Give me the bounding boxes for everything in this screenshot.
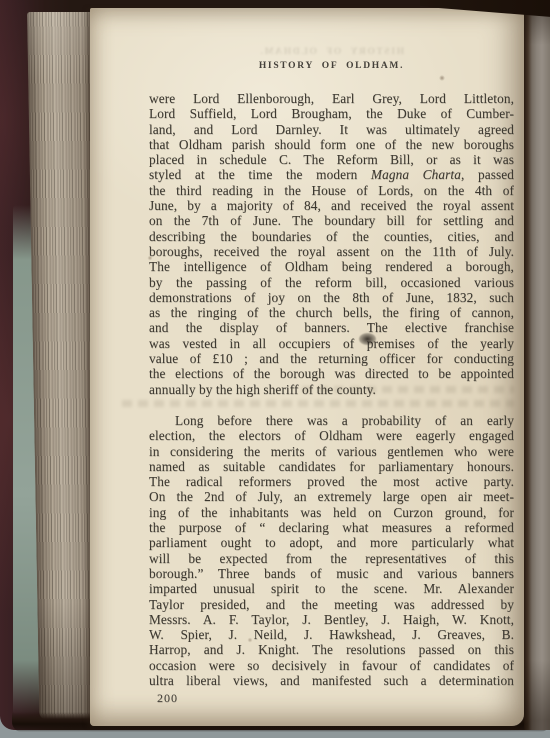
text-line: the purpose of “ declaring what measures… — [149, 520, 514, 535]
text-line: W. Spier, J. Neild, J. Hawkshead, J. Gre… — [149, 627, 514, 642]
text-line: in considering the merits of various gen… — [149, 444, 514, 459]
page-number: 200 — [157, 691, 178, 706]
text-line: Messrs. A. F. Taylor, J. Bentley, J. Hai… — [149, 612, 514, 627]
text-line: ultra liberal views, and manifested such… — [149, 673, 514, 688]
text-line: that Oldham parish should form one of th… — [149, 137, 514, 152]
text-line: The intelligence of Oldham being rendere… — [149, 259, 514, 274]
text-line: Taylor presided, and the meeting was add… — [149, 597, 514, 612]
running-header: HISTORY OF OLDHAM. — [149, 61, 514, 71]
text-line: occasion were so decisively in favour of… — [149, 658, 514, 673]
text-line: borough.” Three bands of music and vario… — [149, 566, 514, 581]
text-line: the third reading in the House of Lords,… — [149, 183, 514, 198]
text-line: as the ringing of the church bells, the … — [149, 305, 514, 320]
text-line: styled at the time the modern Magna Char… — [149, 167, 514, 182]
text-line: boroughs, received the royal assent on t… — [149, 244, 514, 259]
text-line: placed in schedule C. The Reform Bill, o… — [149, 152, 514, 167]
text-line: by the passing of the reform bill, occas… — [149, 275, 514, 290]
book-page: HISTORY OF OLDHAM. HISTORY OF OLDHAM. we… — [90, 8, 524, 726]
book-photo: HISTORY OF OLDHAM. HISTORY OF OLDHAM. we… — [0, 0, 550, 738]
page-text: were Lord Ellenborough, Earl Grey, Lord … — [149, 91, 514, 688]
book-gutter-shadow — [524, 0, 550, 730]
text-line: land, and Lord Darnley. It was ultimatel… — [149, 122, 514, 137]
text-line: ing of the inhabitants was held on Curzo… — [149, 505, 514, 520]
text-line: describing the boundaries of the countie… — [149, 229, 514, 244]
text-line: election, the electors of Oldham were ea… — [149, 428, 514, 443]
text-line: on the 7th of June. The boundary bill fo… — [149, 213, 514, 228]
text-line: imparted unusual spirit to the scene. Mr… — [149, 581, 514, 596]
text-line: was vested in all occupiers of premises … — [149, 336, 514, 351]
text-line: June, by a majority of 84, and received … — [149, 198, 514, 213]
text-line: Harrop, and J. Knight. The resolutions p… — [149, 642, 514, 657]
paragraph: Long before there was a probability of a… — [149, 413, 514, 688]
text-line: the elections of the borough was directe… — [149, 366, 514, 381]
text-line: and the display of banners. The elective… — [149, 320, 514, 335]
text-line: The radical reformers proved the most ac… — [149, 474, 514, 489]
text-line: annually by the high sheriff of the coun… — [149, 382, 514, 397]
text-line: parliament ought to adopt, and more part… — [149, 535, 514, 550]
text-line: Lord Suffield, Lord Brougham, the Duke o… — [149, 106, 514, 121]
paragraph: were Lord Ellenborough, Earl Grey, Lord … — [149, 91, 514, 397]
text-line: On the 2nd of July, an extremely large o… — [149, 489, 514, 504]
text-line: will be expected from the representative… — [149, 551, 514, 566]
text-line: demonstrations of joy on the 8th of June… — [149, 290, 514, 305]
text-line: value of £10 ; and the returning officer… — [149, 351, 514, 366]
text-line: were Lord Ellenborough, Earl Grey, Lord … — [149, 91, 514, 106]
text-line: named as suitable candidates for parliam… — [149, 459, 514, 474]
ink-blot — [359, 333, 376, 345]
text-line: Long before there was a probability of a… — [149, 413, 514, 428]
show-through-text: HISTORY OF OLDHAM. — [149, 47, 514, 57]
